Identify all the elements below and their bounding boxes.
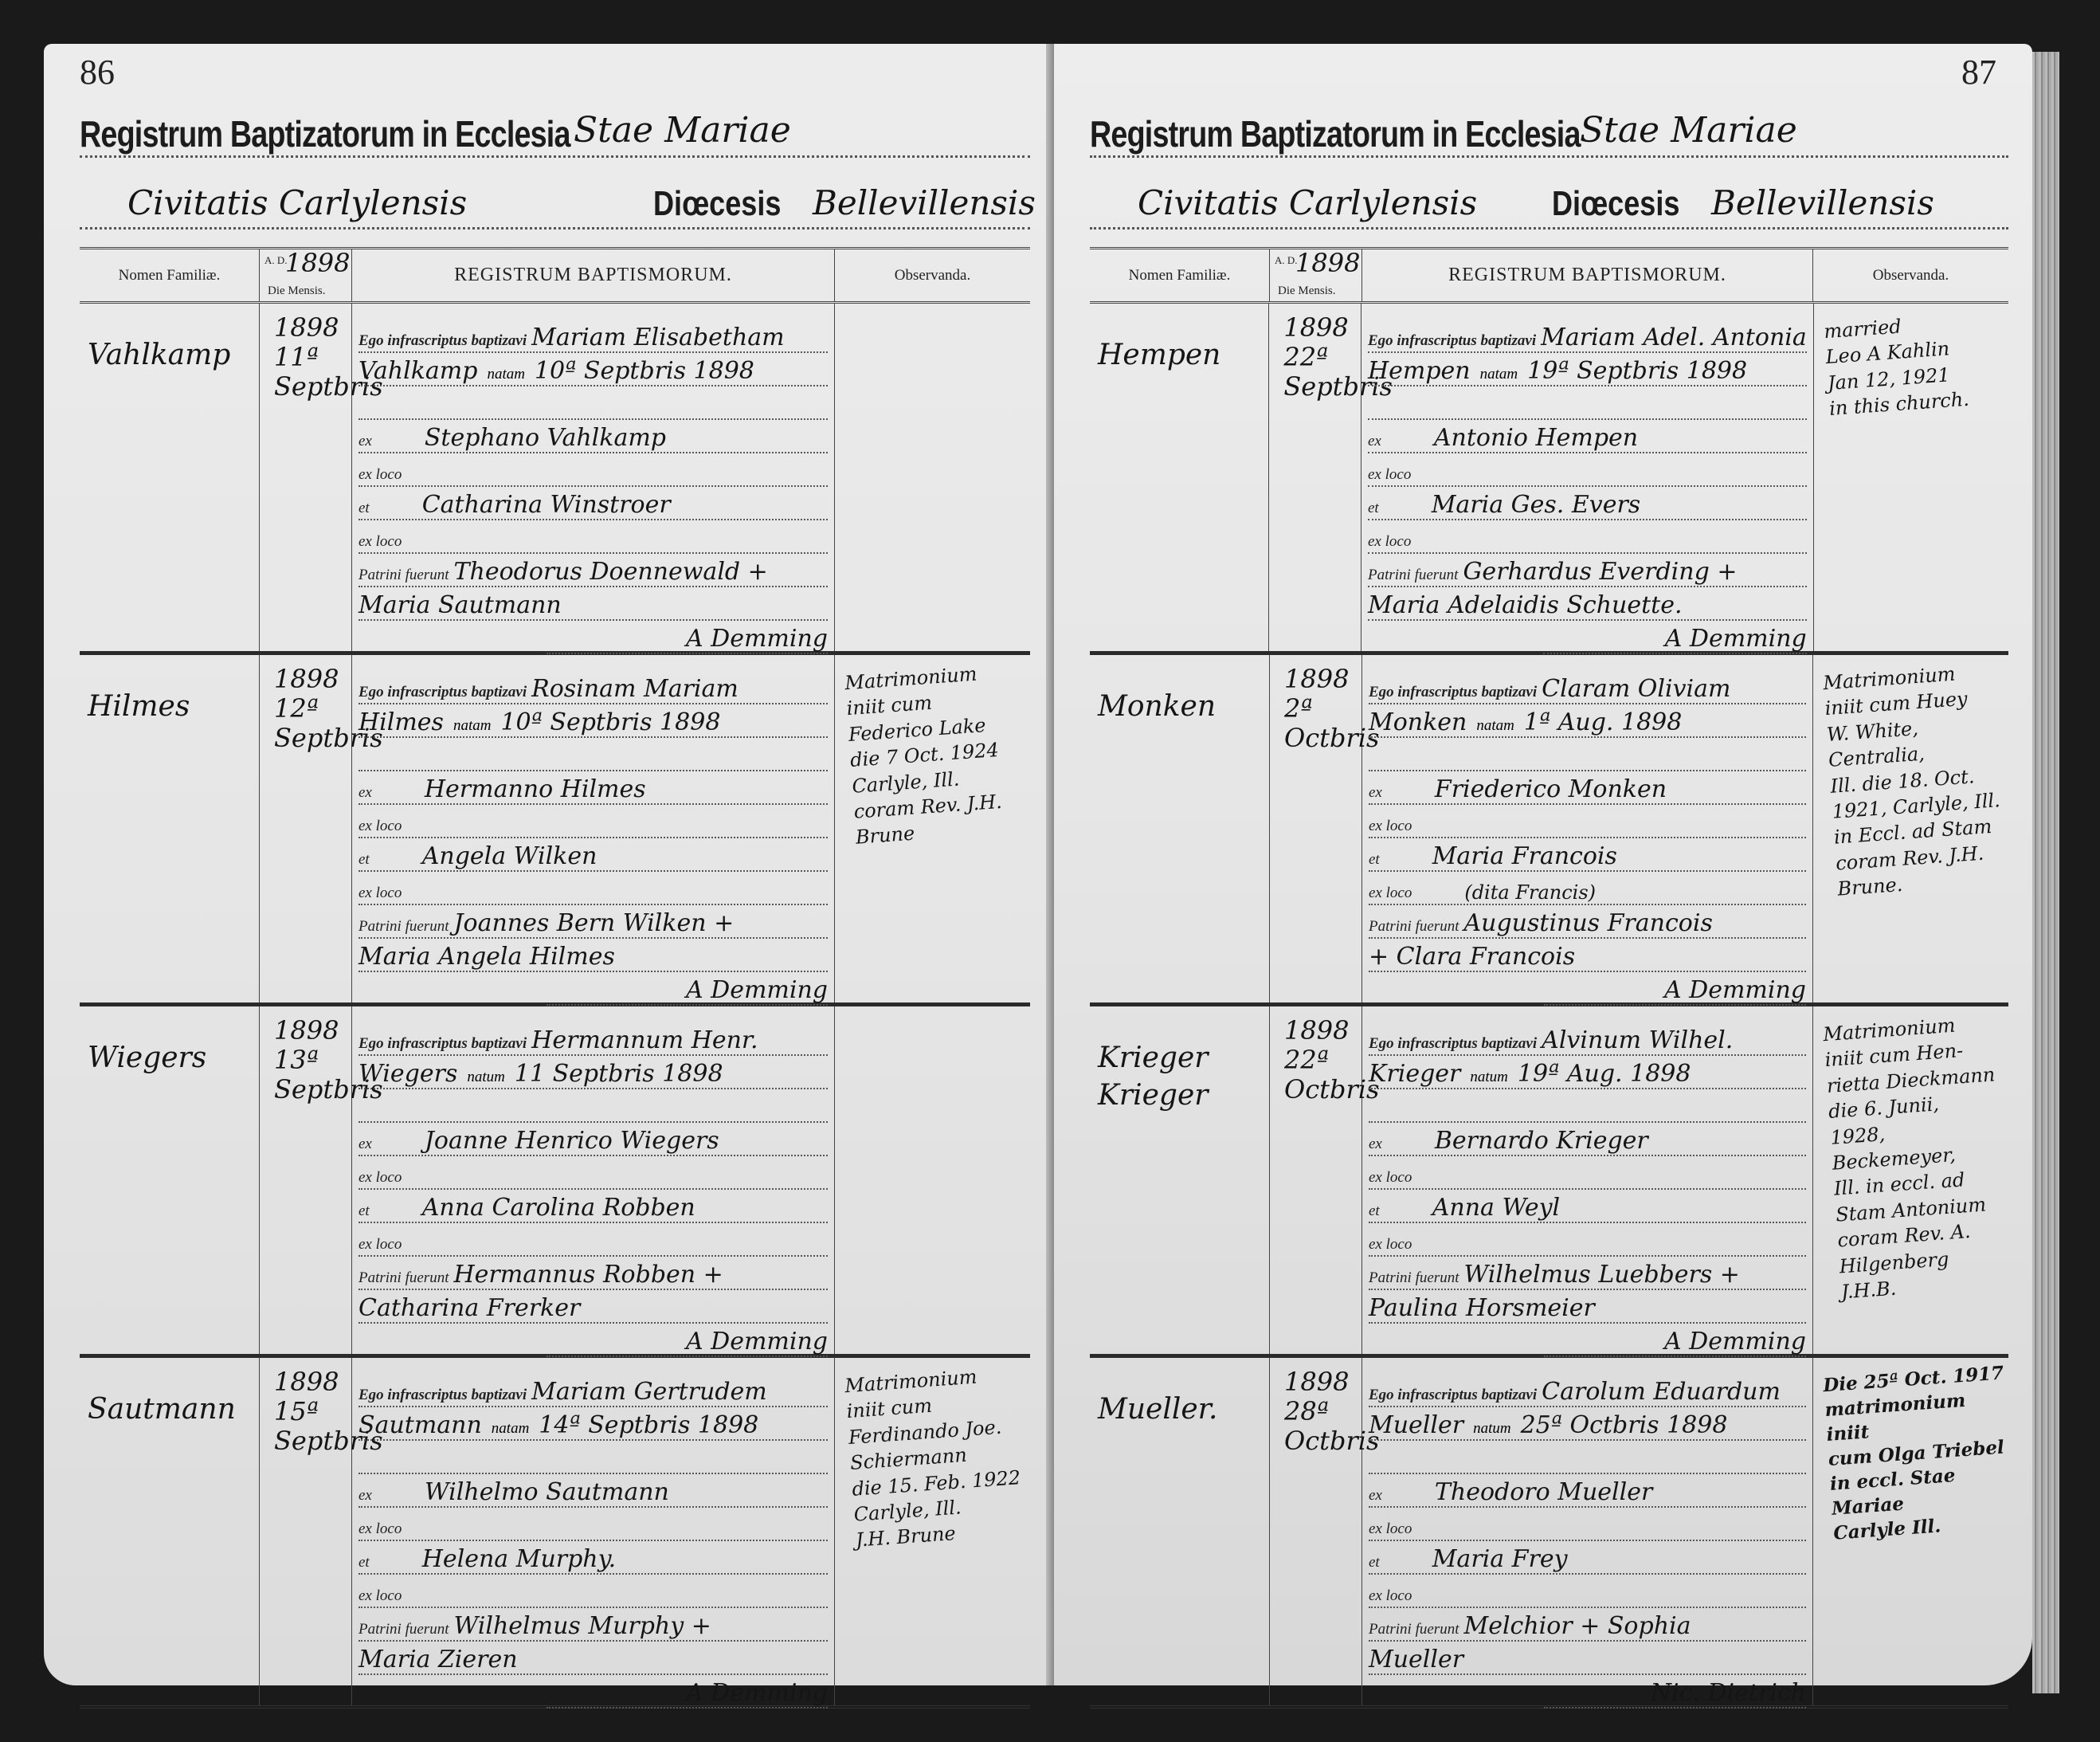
child-surname: Monken [1369, 708, 1467, 736]
header-date: A. D. 1898 Die Mensis. [260, 249, 352, 301]
child-name: Claram Oliviam [1542, 675, 1730, 703]
baptism-entry: Mueller. 1898 28ª Octbris Ego infrascrip… [1090, 1358, 2008, 1709]
register-cell: Ego infrascriptus baptizaviRosinam Maria… [352, 655, 835, 1002]
title-line: Registrum Baptizatorum in Ecclesia Stae … [80, 92, 1030, 158]
birth-date: 11 Septbris 1898 [515, 1060, 723, 1088]
child-surname: Wiegers [358, 1060, 457, 1088]
baptism-entry: Wiegers 1898 13ª Septbris Ego infrascrip… [80, 1006, 1030, 1358]
birth-date: 10ª Septbris 1898 [500, 708, 720, 736]
label-ex-loco: ex loco [1368, 466, 1411, 485]
priest-signature: A Demming [1664, 976, 1806, 1004]
label-ex-loco: ex loco [1369, 1587, 1412, 1607]
church-name: Stae Mariae [1580, 110, 1797, 151]
header-observanda: Observanda. [1813, 249, 2008, 301]
date-cell: 1898 2ª Octbris [1270, 655, 1362, 1002]
label-ego: Ego infrascriptus baptizavi [1369, 684, 1537, 703]
label-ex: ex [358, 784, 372, 803]
family-cell: Hilmes [80, 655, 260, 1002]
date-cell: 1898 15ª Septbris [260, 1358, 352, 1705]
label-ex: ex [358, 1136, 372, 1155]
header-family: Nomen Familiæ. [1090, 249, 1270, 301]
father-name: Hermanno Hilmes [425, 775, 646, 803]
label-natam: natam [453, 717, 492, 736]
mother-name: Anna Weyl [1432, 1194, 1560, 1222]
label-et: et [1369, 1554, 1380, 1573]
header-register-label: REGISTRUM BAPTISMORUM. [1448, 265, 1726, 286]
location-line: Civitatis Carlylensis Diœcesis Bellevill… [80, 163, 1030, 230]
register-cell: Ego infrascriptus baptizaviClaram Olivia… [1362, 655, 1813, 1002]
observanda-cell: married Leo A Kahlin Jan 12, 1921 in thi… [1814, 304, 2008, 651]
label-et: et [358, 851, 370, 870]
label-patrini: Patrini fuerunt [1369, 1621, 1459, 1640]
baptism-entry: Sautmann 1898 15ª Septbris Ego infrascri… [80, 1358, 1030, 1709]
label-et: et [1368, 500, 1379, 519]
label-ex: ex [358, 1487, 372, 1506]
observanda-note: married Leo A Kahlin Jan 12, 1921 in thi… [1814, 293, 1975, 423]
sponsors-line-2: Mueller [1369, 1646, 1463, 1673]
blank-line [1368, 386, 1807, 420]
child-name: Carolum Eduardum [1542, 1378, 1781, 1406]
observanda-cell: Matrimonium iniit cum Hen- rietta Dieckm… [1813, 1006, 2008, 1354]
label-patrini: Patrini fuerunt [358, 1621, 449, 1640]
observanda-note: Matrimonium iniit cum Federico Lake die … [835, 641, 1044, 851]
observanda-note: Matrimonium iniit cum Hen- rietta Dieckm… [1813, 993, 2029, 1305]
label-natam: natam [1476, 717, 1514, 736]
observanda-cell [835, 304, 1030, 651]
sponsors-line-2: Maria Zieren [358, 1646, 518, 1673]
father-name: Bernardo Krieger [1435, 1127, 1648, 1155]
child-name: Hermannum Henr. [531, 1026, 758, 1054]
sponsors-line-2: + Clara Francois [1369, 943, 1575, 971]
blank-line [358, 1441, 828, 1474]
label-ex-loco: ex loco [1369, 885, 1412, 904]
mother-name: Maria Ges. Evers [1432, 491, 1641, 519]
header-ad: A. D. [264, 254, 288, 267]
father-name: Theodoro Mueller [1435, 1478, 1652, 1506]
label-patrini: Patrini fuerunt [358, 567, 449, 586]
label-ego: Ego infrascriptus baptizavi [358, 1387, 527, 1406]
diocese-label: Diœcesis [1552, 184, 1679, 224]
priest-signature: A Demming [1664, 1328, 1806, 1356]
observanda-note [835, 1006, 848, 1022]
priest-signature: A Demming [686, 1679, 828, 1707]
blank-line [1369, 738, 1806, 771]
child-name: Mariam Elisabetham [531, 324, 784, 351]
blank-line [358, 738, 828, 771]
header-date: A. D. 1898 Die Mensis. [1270, 249, 1362, 301]
sponsors-line-1: Hermannus Robben + [453, 1261, 723, 1289]
family-name: Sautmann [80, 1358, 236, 1429]
mother-note: (dita Francis) [1464, 881, 1596, 904]
blank-line [1369, 1441, 1806, 1474]
label-ego: Ego infrascriptus baptizavi [358, 1035, 527, 1054]
title-line: Registrum Baptizatorum in Ecclesia Stae … [1090, 92, 2008, 158]
label-et: et [1369, 1203, 1380, 1222]
blank-line [1369, 1089, 1806, 1123]
date-cell: 1898 22ª Septbris [1269, 304, 1361, 651]
family-name: Vahlkamp [80, 304, 230, 375]
diocese-label: Diœcesis [653, 184, 781, 224]
date-cell: 1898 13ª Septbris [260, 1006, 352, 1354]
baptism-entry: Hilmes 1898 12ª Septbris Ego infrascript… [80, 655, 1030, 1006]
birth-date: 19ª Aug. 1898 [1518, 1060, 1691, 1088]
church-name: Stae Mariae [574, 110, 791, 151]
label-ex: ex [1369, 1487, 1382, 1506]
table-header: Nomen Familiæ. A. D. 1898 Die Mensis. RE… [80, 249, 1030, 304]
child-surname: Sautmann [358, 1411, 482, 1439]
page-edges [2032, 52, 2059, 1693]
priest-signature: A Demming [686, 976, 828, 1004]
blank-line [358, 1089, 828, 1123]
birth-date: 19ª Septbris 1898 [1527, 357, 1747, 385]
observanda-cell: Matrimonium iniit cum Ferdinando Joe. Sc… [835, 1358, 1030, 1705]
date-cell: 1898 28ª Octbris [1270, 1358, 1362, 1705]
sponsors-line-2: Maria Adelaidis Schuette. [1368, 591, 1683, 619]
mother-name: Maria Francois [1432, 842, 1617, 870]
register-table: Nomen Familiæ. A. D. 1898 Die Mensis. RE… [1090, 247, 2008, 1709]
label-ego: Ego infrascriptus baptizavi [358, 684, 527, 703]
family-cell: Monken [1090, 655, 1270, 1002]
register-table: Nomen Familiæ. A. D. 1898 Die Mensis. RE… [80, 247, 1030, 1709]
priest-signature: A Demming [1665, 625, 1807, 653]
baptism-entry: Monken 1898 2ª Octbris Ego infrascriptus… [1090, 655, 2008, 1006]
sponsors-line-2: Maria Angela Hilmes [358, 943, 615, 971]
label-ex-loco: ex loco [358, 533, 402, 552]
header-register: REGISTRUM BAPTISMORUM. [1362, 249, 1813, 301]
family-cell: Wiegers [80, 1006, 260, 1354]
family-name: Hempen [1090, 304, 1220, 375]
priest-signature: Nic. Dietrich [1651, 1679, 1806, 1707]
mother-name: Helena Murphy. [422, 1545, 616, 1573]
label-ego: Ego infrascriptus baptizavi [1368, 332, 1536, 351]
sponsors-line-1: Gerhardus Everding + [1463, 558, 1737, 586]
label-ex-loco: ex loco [1368, 533, 1411, 552]
label-ex-loco: ex loco [1369, 818, 1412, 837]
baptism-entry: KriegerKrieger 1898 22ª Octbris Ego infr… [1090, 1006, 2008, 1358]
baptism-entry: Vahlkamp 1898 11ª Septbris Ego infrascri… [80, 304, 1030, 655]
observanda-cell: Die 25ª Oct. 1917 matrimonium iniit cum … [1813, 1358, 2008, 1705]
birth-date: 25ª Octbris 1898 [1521, 1411, 1728, 1439]
label-natam: natam [487, 366, 525, 385]
city-name: Civitatis Carlylensis [127, 183, 467, 222]
header-register: REGISTRUM BAPTISMORUM. [352, 249, 835, 301]
mother-name: Catharina Winstroer [422, 491, 671, 519]
mother-name: Anna Carolina Robben [422, 1194, 695, 1222]
location-line: Civitatis Carlylensis Diœcesis Bellevill… [1090, 163, 2008, 230]
sponsors-line-1: Wilhelmus Murphy + [453, 1612, 711, 1640]
family-cell: Vahlkamp [80, 304, 260, 651]
label-patrini: Patrini fuerunt [358, 918, 449, 937]
birth-date: 10ª Septbris 1898 [535, 357, 754, 385]
child-name: Mariam Adel. Antonia [1541, 324, 1807, 351]
header-family-label: Nomen Familiæ. [119, 267, 221, 284]
label-ex-loco: ex loco [1369, 1236, 1412, 1255]
page-number: 86 [80, 52, 115, 92]
date-cell: 1898 12ª Septbris [260, 655, 352, 1002]
table-header: Nomen Familiæ. A. D. 1898 Die Mensis. RE… [1090, 249, 2008, 304]
page-left: 86 Registrum Baptizatorum in Ecclesia St… [44, 44, 1054, 1685]
register-cell: Ego infrascriptus baptizaviMariam Adel. … [1361, 304, 1814, 651]
date-cell: 1898 22ª Octbris [1270, 1006, 1362, 1354]
family-cell: Hempen [1090, 304, 1269, 651]
father-name: Stephano Vahlkamp [425, 424, 666, 452]
observanda-note: Matrimonium iniit cum Ferdinando Joe. Sc… [835, 1345, 1030, 1554]
family-cell: Mueller. [1090, 1358, 1270, 1705]
diocese-name: Bellevillensis [1711, 183, 1934, 222]
birth-date: 1ª Aug. 1898 [1524, 708, 1683, 736]
header-die-mensis: Die Mensis. [268, 284, 326, 298]
sponsors-line-1: Wilhelmus Luebbers + [1463, 1261, 1739, 1289]
family-name: KriegerKrieger [1090, 1006, 1208, 1115]
register-book: 86 Registrum Baptizatorum in Ecclesia St… [44, 44, 2059, 1701]
city-name: Civitatis Carlylensis [1138, 183, 1477, 222]
label-ego: Ego infrascriptus baptizavi [358, 332, 527, 351]
baptism-entry: Hempen 1898 22ª Septbris Ego infrascript… [1090, 304, 2008, 655]
register-title: Registrum Baptizatorum in Ecclesia [80, 112, 570, 155]
birth-date: 14ª Septbris 1898 [539, 1411, 758, 1439]
sponsors-line-1: Theodorus Doennewald + [453, 558, 767, 586]
mother-name: Angela Wilken [422, 842, 597, 870]
father-name: Wilhelmo Sautmann [425, 1478, 669, 1506]
child-surname: Krieger [1369, 1060, 1460, 1088]
sponsors-line-1: Augustinus Francois [1463, 909, 1712, 937]
label-ex: ex [1369, 784, 1382, 803]
label-patrini: Patrini fuerunt [1369, 1269, 1459, 1289]
observanda-note [835, 303, 848, 320]
sponsors-line-2: Catharina Frerker [358, 1294, 580, 1322]
child-surname: Hilmes [358, 708, 444, 736]
observanda-note: Die 25ª Oct. 1917 matrimonium iniit cum … [1813, 1344, 2021, 1547]
date-cell: 1898 11ª Septbris [260, 304, 352, 651]
register-cell: Ego infrascriptus baptizaviCarolum Eduar… [1362, 1358, 1813, 1705]
header-family: Nomen Familiæ. [80, 249, 260, 301]
label-et: et [1369, 851, 1380, 870]
child-surname: Mueller [1369, 1411, 1463, 1439]
father-name: Antonio Hempen [1434, 424, 1638, 452]
blank-line [358, 386, 828, 420]
register-cell: Ego infrascriptus baptizaviMariam Elisab… [352, 304, 835, 651]
observanda-cell: Matrimonium iniit cum Federico Lake die … [835, 655, 1030, 1002]
child-surname: Vahlkamp [358, 357, 477, 385]
observanda-cell: Matrimonium iniit cum Huey W. White, Cen… [1813, 655, 2008, 1002]
label-natam: natam [1480, 366, 1518, 385]
header-family-label: Nomen Familiæ. [1129, 267, 1231, 284]
diocese-name: Bellevillensis [813, 183, 1036, 222]
page-right: 87 Registrum Baptizatorum in Ecclesia St… [1054, 44, 2032, 1685]
child-surname: Hempen [1368, 357, 1471, 385]
label-patrini: Patrini fuerunt [358, 1269, 449, 1289]
page-number: 87 [1961, 52, 1996, 92]
label-ex-loco: ex loco [358, 1236, 402, 1255]
label-et: et [358, 500, 370, 519]
entries: Vahlkamp 1898 11ª Septbris Ego infrascri… [80, 304, 1030, 1709]
family-name: Hilmes [80, 655, 190, 726]
child-name: Rosinam Mariam [531, 675, 739, 703]
label-ex-loco: ex loco [1369, 1169, 1412, 1188]
family-cell: Sautmann [80, 1358, 260, 1705]
child-name: Alvinum Wilhel. [1542, 1026, 1733, 1054]
sponsors-line-1: Joannes Bern Wilken + [453, 909, 734, 937]
label-et: et [358, 1554, 370, 1573]
entries: Hempen 1898 22ª Septbris Ego infrascript… [1090, 304, 2008, 1709]
label-ex-loco: ex loco [358, 818, 402, 837]
priest-signature: A Demming [686, 625, 828, 653]
sponsors-line-2: Paulina Horsmeier [1369, 1294, 1595, 1322]
label-ex-loco: ex loco [358, 1587, 402, 1607]
label-patrini: Patrini fuerunt [1368, 567, 1458, 586]
header-ad: A. D. [1275, 254, 1298, 267]
label-et: et [358, 1203, 370, 1222]
family-name: Mueller. [1090, 1358, 1217, 1429]
label-natam: natam [492, 1420, 530, 1439]
register-cell: Ego infrascriptus baptizaviAlvinum Wilhe… [1362, 1006, 1813, 1354]
label-ego: Ego infrascriptus baptizavi [1369, 1035, 1537, 1054]
label-ego: Ego infrascriptus baptizavi [1369, 1387, 1537, 1406]
label-natam: natum [467, 1069, 505, 1088]
header-die-mensis: Die Mensis. [1278, 284, 1336, 298]
header-observanda: Observanda. [835, 249, 1030, 301]
observanda-note: Matrimonium iniit cum Huey W. White, Cen… [1813, 641, 2025, 903]
child-name: Mariam Gertrudem [531, 1378, 767, 1406]
label-ex-loco: ex loco [358, 1169, 402, 1188]
sponsors-line-1: Melchior + Sophia [1463, 1612, 1691, 1640]
sponsors-line-2: Maria Sautmann [358, 591, 562, 619]
label-natam: natum [1473, 1420, 1511, 1439]
priest-signature: A Demming [686, 1328, 828, 1356]
father-name: Joanne Henrico Wiegers [425, 1127, 719, 1155]
header-register-label: REGISTRUM BAPTISMORUM. [454, 265, 732, 286]
register-cell: Ego infrascriptus baptizaviHermannum Hen… [352, 1006, 835, 1354]
header-year: 1898 [285, 248, 350, 278]
label-ex-loco: ex loco [1369, 1520, 1412, 1540]
label-natam: natum [1470, 1069, 1508, 1088]
label-ex: ex [358, 433, 372, 452]
father-name: Friederico Monken [1435, 775, 1667, 803]
observanda-cell [835, 1006, 1030, 1354]
mother-name: Maria Frey [1432, 1545, 1568, 1573]
label-ex: ex [1368, 433, 1381, 452]
family-name: Wiegers [80, 1006, 206, 1077]
register-cell: Ego infrascriptus baptizaviMariam Gertru… [352, 1358, 835, 1705]
family-cell: KriegerKrieger [1090, 1006, 1270, 1354]
register-title: Registrum Baptizatorum in Ecclesia [1090, 112, 1581, 155]
label-ex-loco: ex loco [358, 1520, 402, 1540]
label-patrini: Patrini fuerunt [1369, 918, 1459, 937]
family-name: Monken [1090, 655, 1216, 726]
header-observanda-label: Observanda. [895, 267, 971, 284]
label-ex-loco: ex loco [358, 466, 402, 485]
label-ex-loco: ex loco [358, 885, 402, 904]
header-year: 1898 [1295, 248, 1360, 278]
header-observanda-label: Observanda. [1873, 267, 1949, 284]
label-ex: ex [1369, 1136, 1382, 1155]
